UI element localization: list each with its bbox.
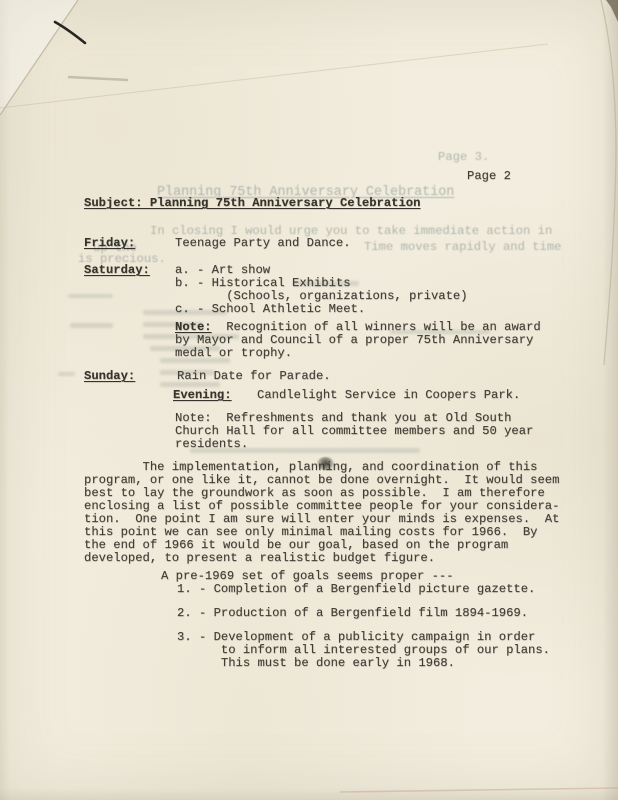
scanned-document-page: Page 3. Planning 75th Anniversary Celebr… <box>0 0 618 800</box>
ghost-closing-line-2-right: Time moves rapidly and time <box>364 241 561 254</box>
torn-corner-top-right <box>606 0 618 22</box>
sunday-note-line-3: residents. <box>175 438 248 451</box>
body-paragraph-line: The implementation, planning, and coordi… <box>84 461 537 474</box>
saturday-label: Saturday: <box>84 264 150 277</box>
diagonal-crease <box>0 44 548 108</box>
goal-item-3-line-3: This must be done early in 1968. <box>177 657 455 670</box>
friday-label: Friday: <box>84 237 135 250</box>
bleed-through-smudge <box>70 323 113 328</box>
page-number: Page 2 <box>467 170 511 183</box>
body-paragraph-line: tion. One point I am sure will enter you… <box>84 513 559 526</box>
fold-crease-top-left <box>0 0 78 115</box>
saturday-note-label: Note: <box>175 320 212 334</box>
saturday-item-a: a. - Art show <box>175 264 270 277</box>
goal-item-2: 2. - Production of a Bergenfield film 18… <box>177 607 528 620</box>
bleed-through-smudge <box>58 372 75 376</box>
saturday-note-line-2: by Mayor and Council of a proper 75th An… <box>175 334 533 347</box>
goal-item-1: 1. - Completion of a Bergenfield picture… <box>177 583 535 596</box>
goal-item-3-line-2: to inform all interested groups of our p… <box>177 644 550 657</box>
saturday-item-b-detail: (Schools, organizations, private) <box>175 290 468 303</box>
sunday-text: Rain Date for Parade. <box>177 370 331 383</box>
sunday-note-line-1: Note: Refreshments and thank you at Old … <box>175 412 511 425</box>
saturday-note-line-3: medal or trophy. <box>175 347 292 360</box>
friday-text: Teenage Party and Dance. <box>175 237 351 250</box>
saturday-note-line-1: Note: Recognition of all winners will be… <box>175 321 541 334</box>
evening-label: Evening: <box>173 389 232 402</box>
body-paragraph-line: program, or one like it, cannot be done … <box>84 474 559 487</box>
goal-item-3-line-1: 3. - Development of a publicity campaign… <box>177 631 535 644</box>
saturday-item-b: b. - Historical Exhibits <box>175 277 351 290</box>
ink-blot <box>317 457 334 470</box>
goals-intro: A pre-1969 set of goals seems proper --- <box>161 570 454 583</box>
body-paragraph-line: best to lay the groundwork as soon as po… <box>84 487 545 500</box>
sunday-note-line-2: Church Hall for all committee members an… <box>175 425 533 438</box>
subject-line: Subject: Planning 75th Anniversary Celeb… <box>84 197 420 210</box>
bleed-through-smudge <box>68 294 113 298</box>
saturday-note-rest: Recognition of all winners will be an aw… <box>212 320 541 334</box>
folded-corner-highlight <box>0 0 78 115</box>
smudge-mark <box>68 77 128 80</box>
sunday-note-rest: Refreshments and thank you at Old South <box>212 411 512 425</box>
bottom-edge-line <box>340 788 618 792</box>
body-paragraph-line: this point we can see only minimal maili… <box>84 526 537 539</box>
body-paragraph-line: the end of 1966 it would be our goal, ba… <box>84 539 508 552</box>
pen-mark <box>55 22 85 43</box>
body-paragraph-line: developed, to present a realistic budget… <box>84 552 435 565</box>
sunday-label: Sunday: <box>84 370 135 383</box>
sunday-note-label: Note: <box>175 411 212 425</box>
evening-text: Candlelight Service in Coopers Park. <box>257 389 520 402</box>
crease-right-edge <box>601 0 616 365</box>
saturday-item-c: c. - School Athletic Meet. <box>175 303 365 316</box>
ghost-page-number: Page 3. <box>438 151 489 164</box>
body-paragraph-line: enclosing a list of possible committee p… <box>84 500 559 513</box>
